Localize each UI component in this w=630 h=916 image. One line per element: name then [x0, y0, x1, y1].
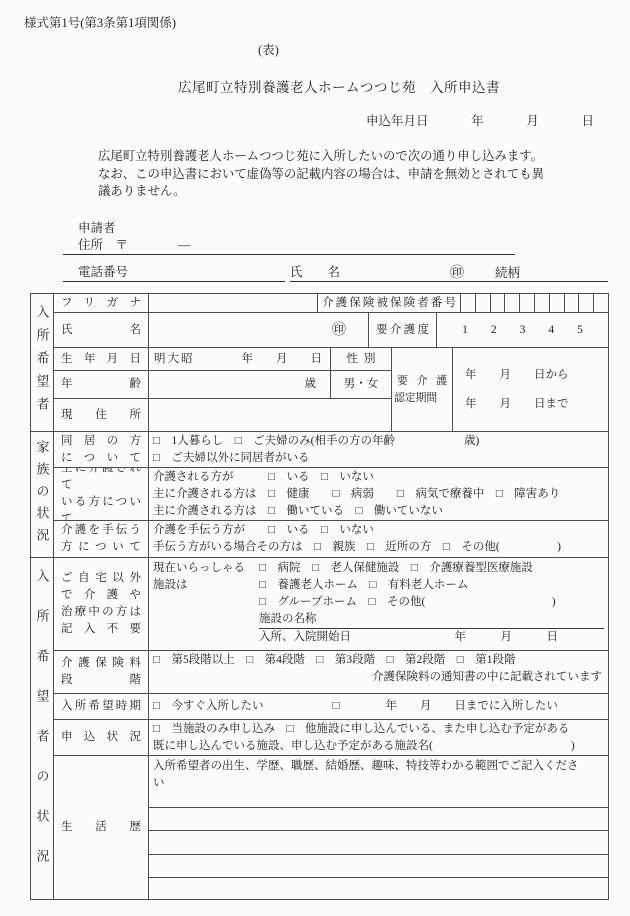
apply-date-day: 日 — [581, 111, 594, 129]
sex-label: 性別 — [331, 348, 391, 370]
number-box[interactable] — [549, 294, 564, 312]
page-side-label: (表) — [258, 40, 279, 58]
apply-date-month: 月 — [526, 111, 539, 129]
intro-line-3: 議ありません。 — [98, 183, 544, 201]
seal-mark: ㊞ — [450, 262, 464, 282]
life-history-line[interactable] — [149, 808, 608, 831]
name-label-text: 氏名 — [61, 322, 141, 339]
group-label-status-text: 入所希望者の状況 — [34, 569, 51, 889]
facility-label: ご自宅以外 で介護や 治療中の方は 記入不要 — [54, 558, 148, 650]
helper-label: 介護を手伝う 方について — [54, 521, 148, 557]
facility-label-line4: 記入不要 — [61, 621, 141, 638]
intro-line-1: 広尾町立特別養護老人ホームつつじ苑に入所したいので次の通り申し込みます。 — [98, 148, 544, 166]
number-box[interactable] — [578, 294, 593, 312]
group-label-status: 入所希望者の状況 — [31, 558, 53, 899]
address-label: 現住所 — [54, 399, 148, 431]
group-label-family-text: 家族の状況 — [34, 440, 51, 550]
address-label-text: 現住所 — [61, 407, 141, 424]
sex-options[interactable]: 男・女 — [331, 371, 391, 398]
age-unit-text: 歳 — [305, 376, 317, 393]
birth-era-text: 明大昭 — [154, 351, 195, 368]
sex-options-text: 男・女 — [344, 376, 379, 393]
timing-options[interactable]: □ 今すぐ入所したい □ 年 月 日までに入所したい — [149, 694, 608, 719]
facility-options[interactable]: 現在いらっしゃる 施設は □ 病院 □ 老人保健施設 □ 介護療養型医療施設 □… — [149, 558, 608, 650]
premium-options[interactable]: □ 第5段階以上 □ 第4段階 □ 第3段階 □ 第2段階 □ 第1段階 介護保… — [149, 651, 608, 693]
care-level-options-text: 1 2 3 4 5 — [462, 322, 583, 339]
form-page: 様式第1号(第3条第1項関係) (表) 広尾町立特別養護老人ホームつつじ苑 入所… — [0, 0, 630, 916]
care-level-label: 要介護度 — [369, 313, 436, 347]
facility-option-2[interactable]: □ 養護老人ホーム □ 有料老人ホーム — [259, 577, 556, 594]
age-input[interactable]: 歳 — [149, 371, 330, 398]
premium-option-line[interactable]: □ 第5段階以上 □ 第4段階 □ 第3段階 □ 第2段階 □ 第1段階 — [153, 652, 604, 669]
cert-period-label-line1: 要介護 — [394, 373, 450, 390]
facility-start-field[interactable]: 入所、入院開始日 年 月 日 — [259, 629, 604, 646]
life-history-label: 生活歴 — [54, 756, 148, 899]
group-label-family: 家族の状況 — [31, 432, 53, 557]
timing-option-line[interactable]: □ 今すぐ入所したい □ 年 月 日までに入所したい — [153, 698, 558, 715]
timing-label-text: 入所希望時期 — [61, 698, 141, 715]
main-carer-options[interactable]: 介護される方が □ いる □ いない 主に介護される方は □ 健康 □ 病弱 □… — [149, 468, 608, 520]
care-level-options[interactable]: 1 2 3 4 5 — [437, 313, 608, 347]
life-history-line[interactable] — [149, 831, 608, 855]
number-box[interactable] — [593, 294, 608, 312]
cert-period-to: 年 月 日まで — [465, 396, 604, 413]
facility-label-line3: 治療中の方は — [61, 604, 141, 621]
main-carer-line-2[interactable]: 主に介護される方は □ 健康 □ 病弱 □ 病気で療養中 □ 障害あり — [153, 486, 604, 503]
facility-sublabel-line2: 施設は — [153, 577, 259, 594]
cohabit-label: 同居の方 について — [54, 432, 148, 467]
name-input[interactable]: ㊞ — [149, 313, 368, 347]
cohabit-label-line1: 同居の方 — [61, 433, 141, 450]
life-history-note-wrap: 入所希望者の出生、学歴、職歴、結婚歴、趣味、特技等わかる範囲でご記入ください — [149, 756, 608, 808]
cohabit-options[interactable]: □ 1人暮らし □ ご夫婦のみ(相手の方の年齢 歳) □ ご夫婦以外に同居者がい… — [149, 432, 608, 467]
applicant-phone-label: 電話番号 — [63, 265, 128, 279]
facility-sublabel: 現在いらっしゃる 施設は — [153, 560, 259, 611]
insurance-number-label: 介護保険被保険者番号 — [318, 294, 460, 312]
insurance-number-label-text: 介護保険被保険者番号 — [322, 295, 456, 312]
insurance-number-boxes[interactable] — [461, 294, 608, 312]
applicant-address-label: 住所 〒 ― — [63, 238, 191, 252]
number-box[interactable] — [504, 294, 519, 312]
number-box[interactable] — [461, 294, 475, 312]
apply-status-line-1[interactable]: □ 当施設のみ申し込み □ 他施設に申し込んでいる、また申し込む予定がある — [153, 721, 604, 738]
birth-era-options[interactable]: 明大昭 年 月 日 — [149, 348, 330, 370]
helper-options[interactable]: 介護を手伝う方が □ いる □ いない 手伝う方がいる場合その方は □ 親族 □… — [149, 521, 608, 557]
birth-label: 生年月日 — [54, 348, 148, 370]
apply-status-label: 申込状況 — [54, 720, 148, 755]
timing-label: 入所希望時期 — [54, 694, 148, 719]
helper-line-1[interactable]: 介護を手伝う方が □ いる □ いない — [153, 522, 604, 539]
age-label: 年齢 — [54, 371, 148, 398]
cohabit-option-2[interactable]: □ ご夫婦以外に同居者がいる — [153, 450, 604, 467]
cert-period-label: 要介護 認定期間 — [392, 348, 452, 431]
applicant-address-field[interactable]: 住所 〒 ― — [63, 235, 515, 255]
helper-label-line1: 介護を手伝う — [61, 522, 141, 539]
facility-name-label: 施設の名称 — [259, 613, 317, 625]
life-history-line[interactable] — [149, 855, 608, 878]
cert-period-from: 年 月 日から — [465, 367, 604, 384]
facility-start-label: 入所、入院開始日 年 月 日 — [259, 631, 558, 643]
current-address-input[interactable] — [149, 399, 391, 431]
sex-label-text: 性別 — [341, 351, 382, 368]
helper-label-line2: 方について — [61, 539, 141, 556]
group-label-applicant-text: 入所希望者 — [34, 305, 51, 420]
facility-name-field[interactable]: 施設の名称 — [259, 611, 604, 629]
form-number: 様式第1号(第3条第1項関係) — [24, 13, 176, 31]
apply-status-label-text: 申込状況 — [61, 729, 141, 746]
birth-ymd-text: 年 月 日 — [242, 351, 323, 368]
facility-sublabel-line1: 現在いらっしゃる — [153, 560, 259, 577]
cohabit-label-line2: について — [61, 450, 141, 467]
apply-date-row[interactable]: 申込年月日 年 月 日 — [366, 111, 594, 129]
number-box[interactable] — [475, 294, 490, 312]
apply-date-label: 申込年月日 — [366, 111, 429, 129]
premium-note: 介護保険料の通知書の中に記載されています — [153, 669, 604, 686]
group-label-applicant: 入所希望者 — [31, 294, 53, 431]
cert-period-label-line2: 認定期間 — [394, 390, 450, 407]
furigana-input[interactable] — [149, 294, 317, 312]
life-history-line[interactable] — [149, 878, 608, 899]
premium-label: 介護保険料 段階 — [54, 651, 148, 693]
applicant-heading: 申請者 — [78, 218, 116, 236]
intro-paragraph: 広尾町立特別養護老人ホームつつじ苑に入所したいので次の通り申し込みます。 なお、… — [98, 148, 544, 201]
applicant-phone-field[interactable]: 電話番号 — [63, 262, 285, 282]
applicant-relation-label: 続柄 — [495, 263, 520, 281]
number-box[interactable] — [519, 294, 534, 312]
care-level-label-text: 要介護度 — [376, 322, 429, 339]
helper-line-2[interactable]: 手伝う方がいる場合その方は □ 親族 □ 近所の方 □ その他( ) — [153, 539, 604, 556]
age-label-text: 年齢 — [61, 376, 141, 393]
name-seal-mark: ㊞ — [332, 322, 346, 339]
apply-status-line-2[interactable]: 既に申し込んでいる施設、申し込む予定がある施設名( ) — [153, 738, 604, 755]
number-box[interactable] — [534, 294, 549, 312]
facility-label-line1: ご自宅以外 — [61, 570, 141, 587]
cert-period-dates[interactable]: 年 月 日から 年 月 日まで — [453, 348, 608, 431]
main-carer-label-line1: 主に介護されて — [61, 468, 141, 494]
apply-date-year: 年 — [471, 111, 484, 129]
number-box[interactable] — [490, 294, 505, 312]
cohabit-option-1[interactable]: □ 1人暮らし □ ご夫婦のみ(相手の方の年齢 歳) — [153, 433, 604, 450]
facility-checkboxes[interactable]: □ 病院 □ 老人保健施設 □ 介護療養型医療施設 □ 養護老人ホーム □ 有料… — [259, 560, 556, 611]
applicant-name-label: 氏 名 — [290, 265, 340, 279]
life-history-area[interactable]: 入所希望者の出生、学歴、職歴、結婚歴、趣味、特技等わかる範囲でご記入ください — [149, 756, 608, 899]
premium-label-line1: 介護保険料 — [61, 655, 141, 672]
furigana-label-text: フリガナ — [61, 295, 141, 312]
premium-label-line2: 段階 — [61, 672, 141, 689]
main-carer-label-line2: いる方について — [61, 494, 141, 520]
apply-status-options[interactable]: □ 当施設のみ申し込み □ 他施設に申し込んでいる、また申し込む予定がある 既に… — [149, 720, 608, 755]
intro-line-2: なお、この申込書において虚偽等の記載内容の場合は、申請を無効とされても異 — [98, 166, 544, 184]
birth-label-text: 生年月日 — [61, 351, 141, 368]
number-box[interactable] — [564, 294, 579, 312]
form-title: 広尾町立特別養護老人ホームつつじ苑 入所申込書 — [178, 76, 500, 96]
facility-option-1[interactable]: □ 病院 □ 老人保健施設 □ 介護療養型医療施設 — [259, 560, 556, 577]
facility-option-3[interactable]: □ グループホーム □ その他( ) — [259, 594, 556, 611]
main-table: 入所希望者 家族の状況 入所希望者の状況 フリガナ 氏名 生年月日 年齢 現住所… — [30, 293, 609, 900]
name-label: 氏名 — [54, 313, 148, 347]
life-history-note: 入所希望者の出生、学歴、職歴、結婚歴、趣味、特技等わかる範囲でご記入ください — [153, 758, 585, 792]
facility-label-line2: で介護や — [61, 587, 141, 604]
main-carer-line-1[interactable]: 介護される方が □ いる □ いない — [153, 469, 604, 486]
applicant-name-field[interactable]: 氏 名 ㊞ 続柄 — [290, 262, 608, 282]
furigana-label: フリガナ — [54, 294, 148, 312]
main-carer-label: 主に介護されて いる方について — [54, 468, 148, 520]
life-history-label-text: 生活歴 — [61, 819, 141, 836]
main-carer-line-3[interactable]: 主に介護される方は □ 働いている □ 働いていない — [153, 503, 604, 520]
